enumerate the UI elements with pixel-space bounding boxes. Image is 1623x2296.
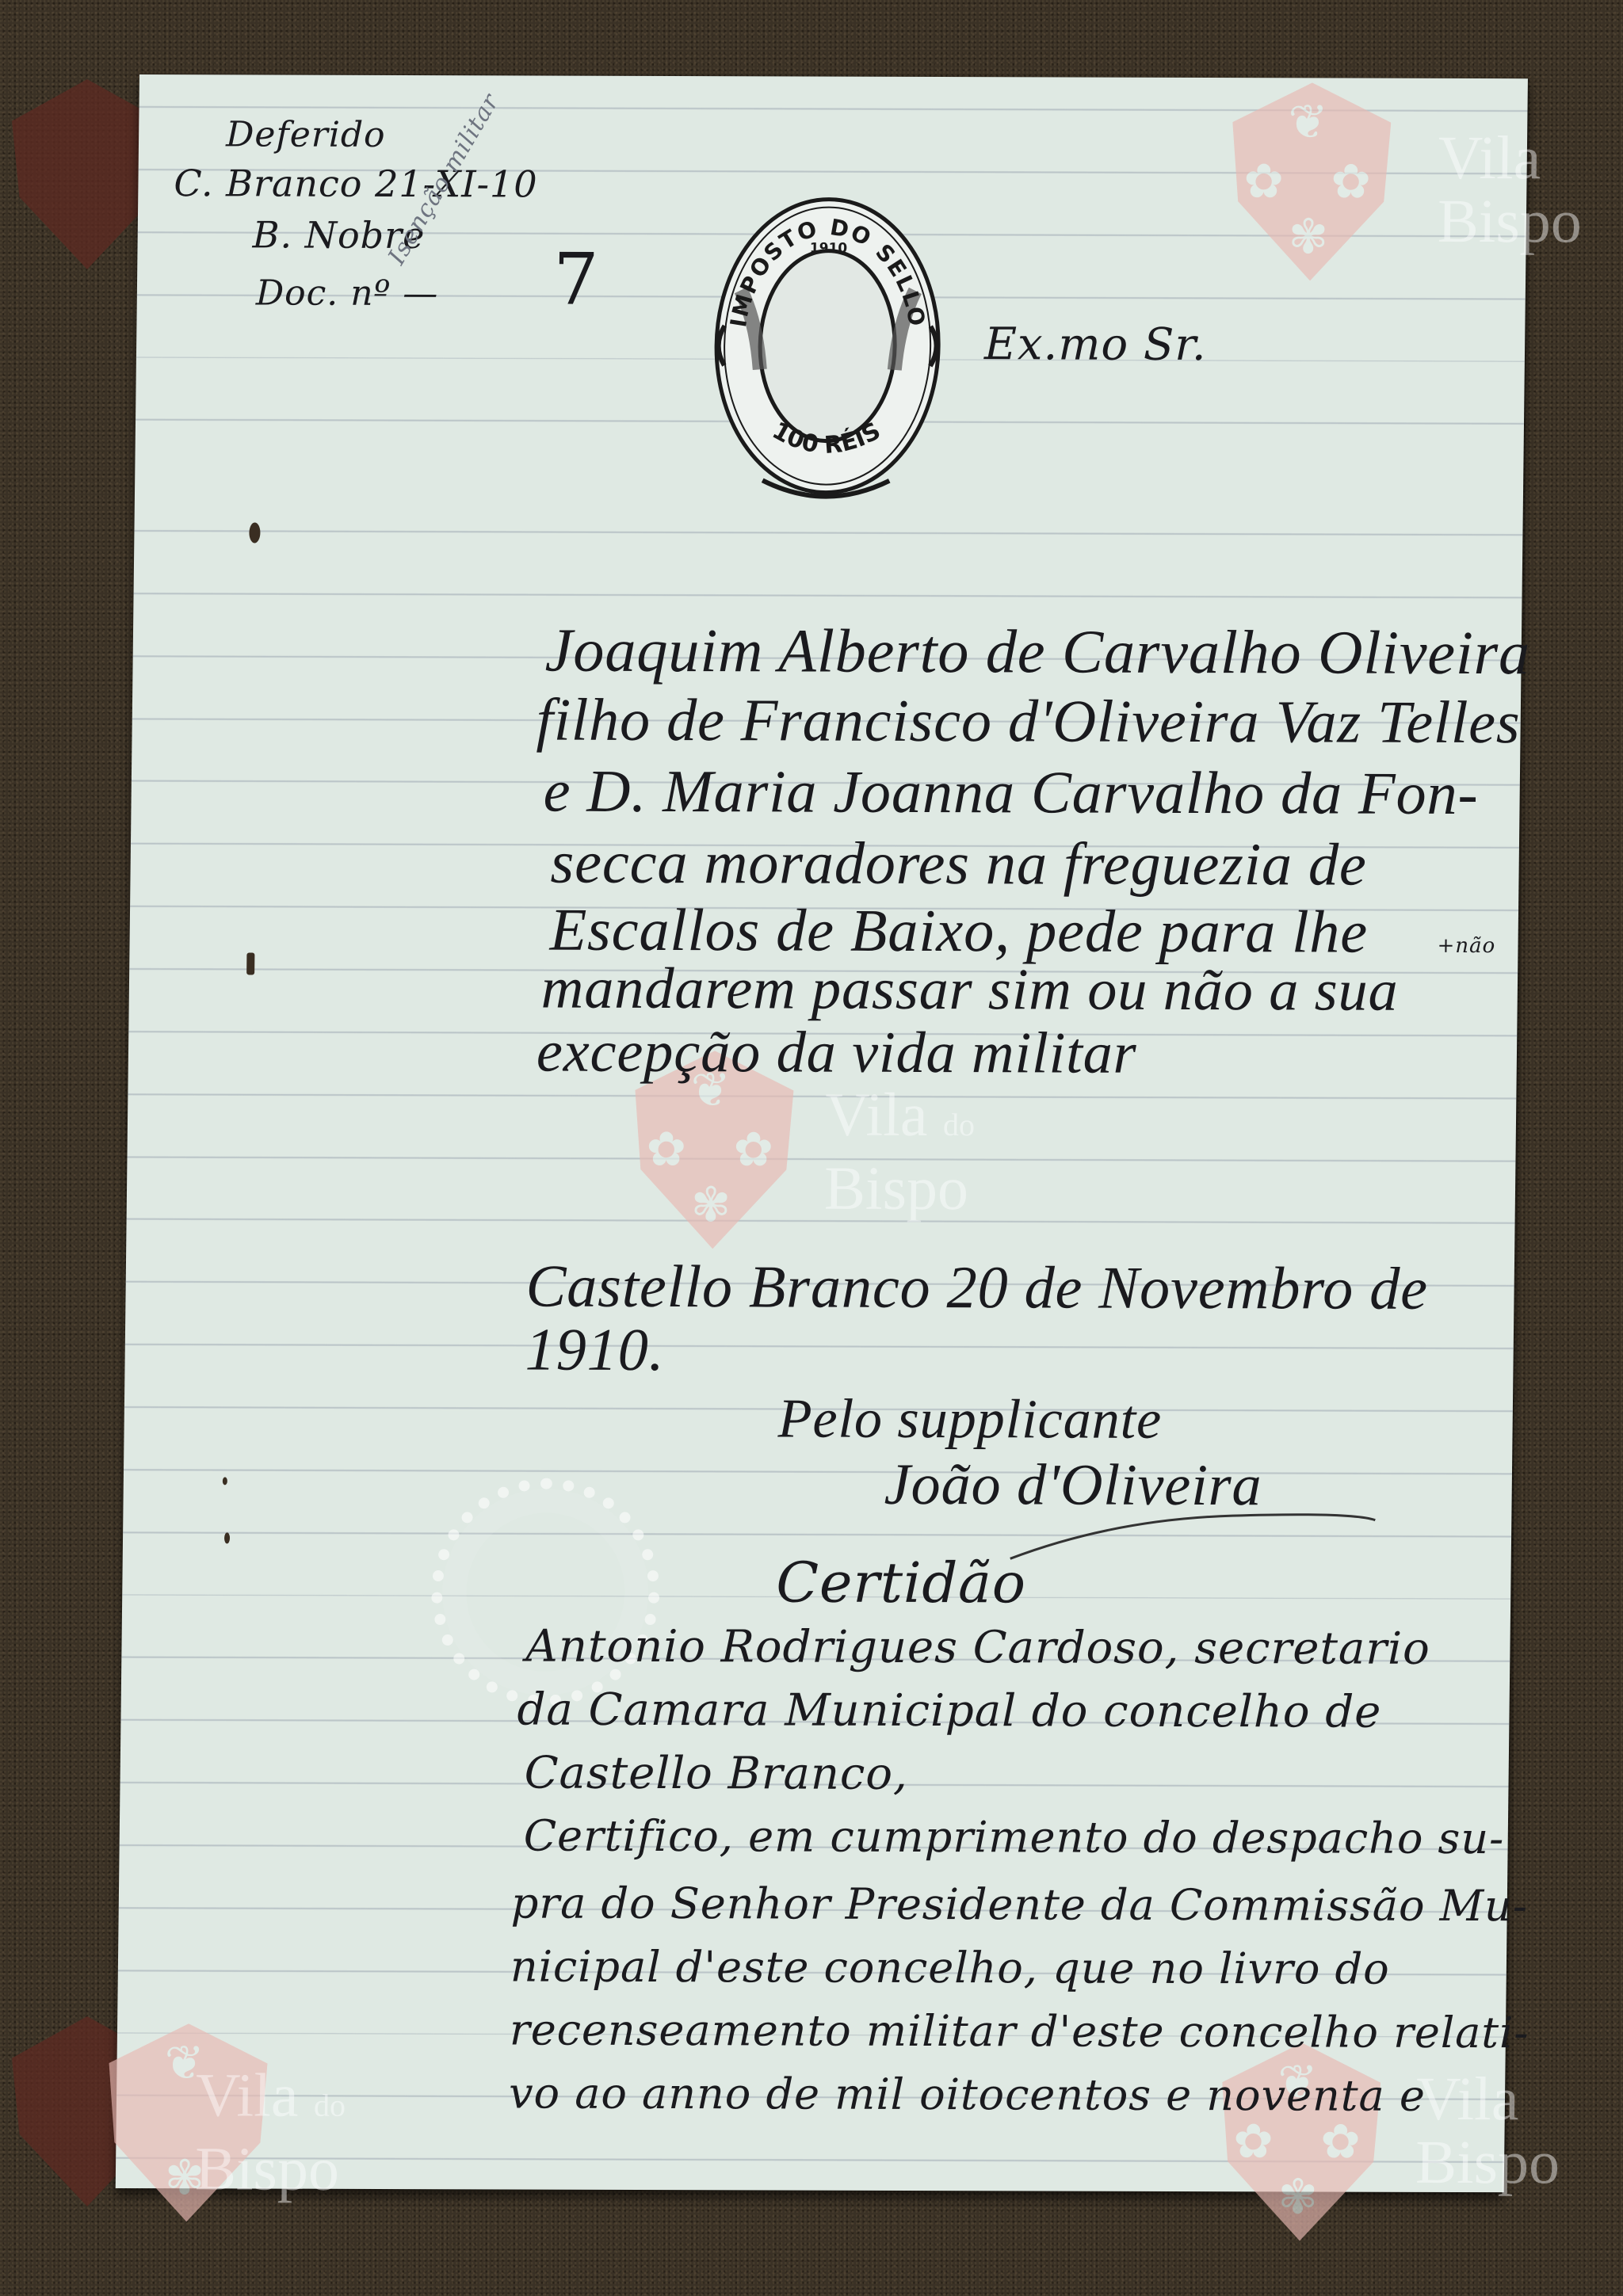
- petition-insertion: +não: [1437, 934, 1495, 958]
- stamp-year: 1910: [810, 241, 848, 257]
- fleur-icon: ✿: [1233, 2118, 1274, 2165]
- fleur-icon: ✿: [1331, 158, 1371, 205]
- certificate-line-5: pra do Senhor Presidente da Commissão Mu…: [510, 1878, 1528, 1931]
- binding-hole: [246, 952, 254, 974]
- fleur-icon: ❦: [1288, 98, 1328, 146]
- binding-hole: [223, 1477, 227, 1485]
- petition-line-2: filho de Francisco d'Oliveira Vaz Telles: [536, 686, 1521, 758]
- fleur-icon: ✿: [646, 1126, 686, 1173]
- tax-stamp: IMPOSTO DO SELLO 1910 100 RÉIS: [707, 195, 949, 513]
- certificate-line-6: nicipal d'este concelho, que no livro do: [510, 1941, 1391, 1993]
- fleur-icon: ✿: [733, 1126, 773, 1173]
- fleur-icon: ✿: [1320, 2118, 1361, 2165]
- stamp-frame-icon: IMPOSTO DO SELLO 1910 100 RÉIS: [707, 195, 949, 513]
- watermark-text-top-right: VilaBispo: [1437, 126, 1583, 254]
- certificate-line-4: Certifico, em cumprimento do despacho su…: [523, 1811, 1504, 1864]
- margin-note-doc-label: Doc. nº —: [256, 273, 439, 314]
- salutation: Ex.mo Sr.: [984, 318, 1207, 371]
- binding-hole: [249, 522, 260, 543]
- fleur-icon: ✾: [1277, 2173, 1318, 2221]
- watermark-text-center: Vila doBispo: [824, 1083, 976, 1221]
- place-date-line-1: Castello Branco 20 de Novembro de: [525, 1252, 1428, 1323]
- petition-line-6: mandarem passar sim ou não a sua: [540, 955, 1399, 1025]
- certificate-line-7: recenseamento militar d'este concelho re…: [510, 2004, 1529, 2058]
- petition-line-1: Joaquim Alberto de Carvalho Oliveira: [544, 615, 1530, 689]
- margin-note-date: C. Branco 21-XI-10: [174, 162, 538, 205]
- certificate-line-8: vo ao anno de mil oitocentos e noventa e: [509, 2068, 1426, 2120]
- watermark-crest-top-right: ❦ ✿ ✿ ✾: [1231, 82, 1392, 281]
- petition-line-4: secca moradores na freguezia de: [550, 829, 1367, 900]
- watermark-text-bottom-left: Vila doBispo: [195, 2063, 346, 2201]
- fleur-icon: ✿: [1243, 158, 1284, 205]
- petition-line-7: excepção da vida militar: [537, 1019, 1138, 1088]
- margin-note-deferido: Deferido: [226, 114, 386, 155]
- petition-line-3: e D. Maria Joanna Carvalho da Fon-: [543, 757, 1479, 830]
- signature-label: Pelo supplicante: [777, 1387, 1162, 1451]
- fleur-icon: ✾: [1288, 213, 1328, 261]
- certificate-title: Certidão: [776, 1550, 1027, 1615]
- document-page: ❦ ✿ ✿ ✾ VilaBispo ❦ ✿ ✿ ✾ Vila doBispo ❦…: [116, 74, 1528, 2192]
- certificate-line-3: Castello Branco,: [524, 1748, 908, 1800]
- watermark-text-bottom-right: VilaBispo: [1415, 2067, 1561, 2195]
- fleur-icon: ✾: [690, 1181, 731, 1229]
- signature-flourish-icon: [995, 1503, 1392, 1567]
- certificate-line-2: da Camara Municipal do concelho de: [517, 1684, 1382, 1737]
- margin-note-doc-number: 7: [552, 238, 599, 322]
- place-date-line-2: 1910.: [525, 1315, 665, 1385]
- certificate-line-1: Antonio Rodrigues Cardoso, secretario: [525, 1621, 1430, 1675]
- binding-hole: [224, 1532, 230, 1543]
